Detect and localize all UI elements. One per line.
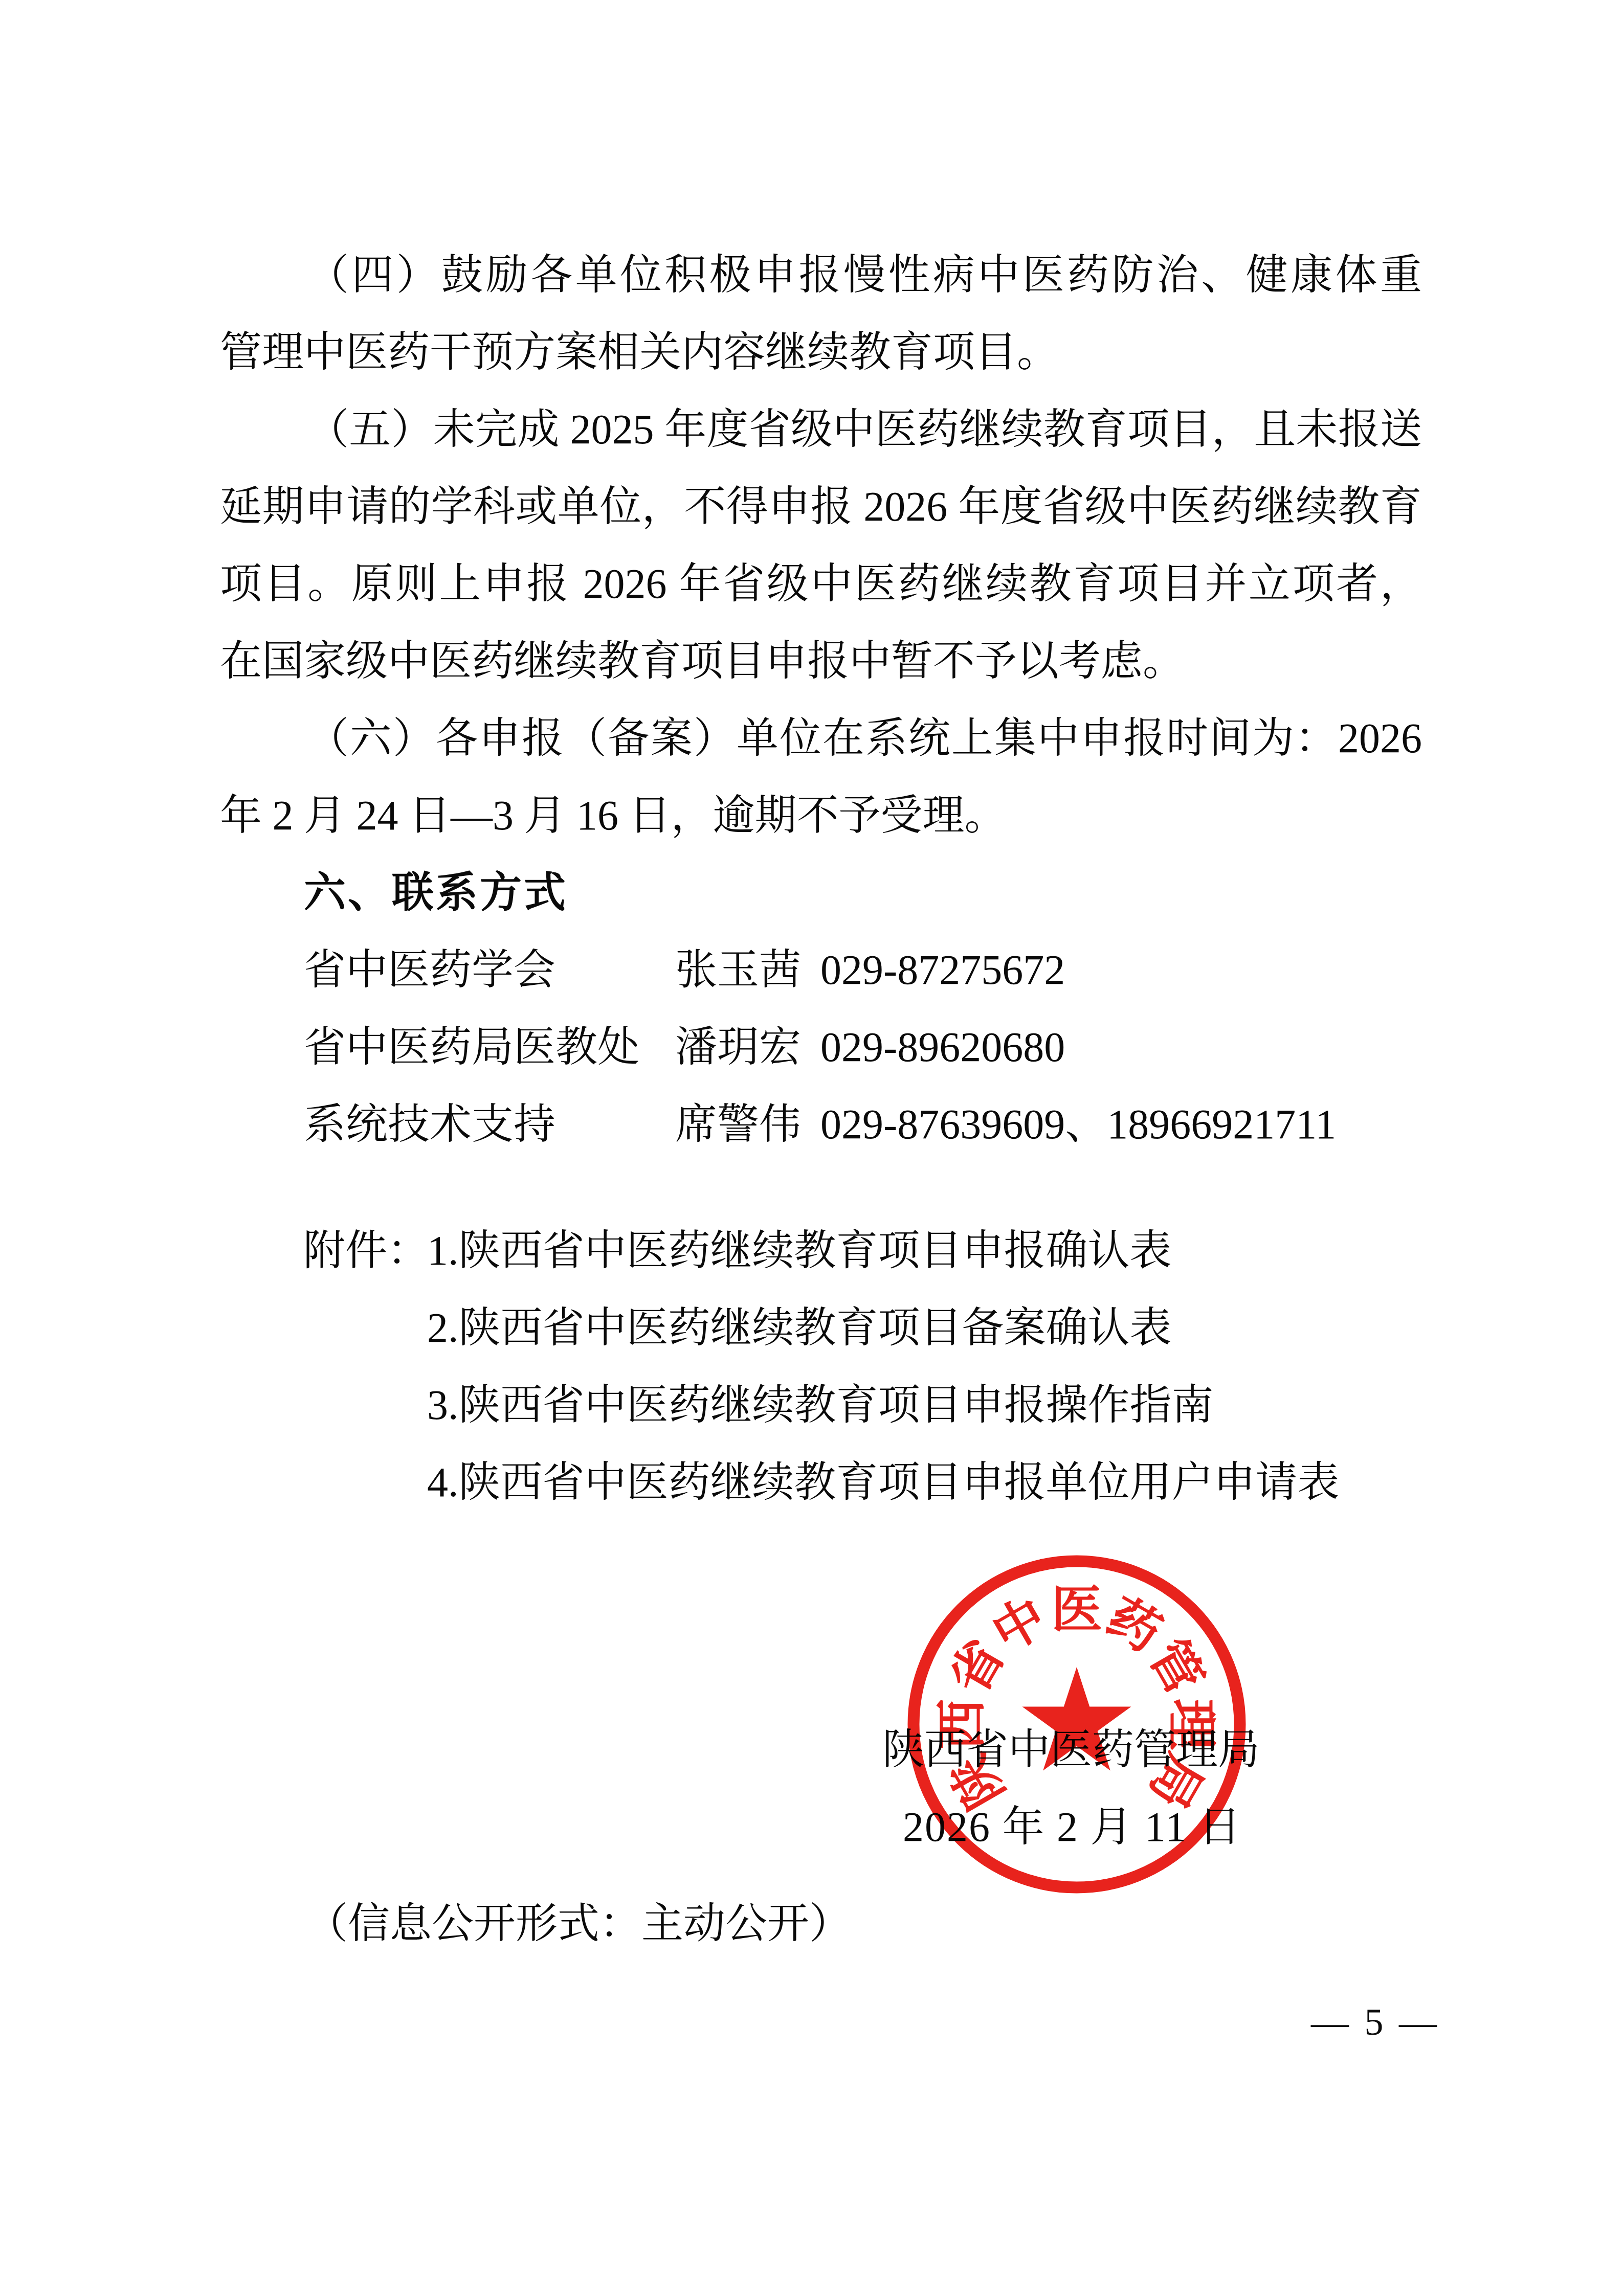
attachment-item: 3.陕西省中医药继续教育项目申报操作指南 <box>303 1366 1480 1444</box>
body-line: （六）各申报（备案）单位在系统上集中申报时间为：2026 <box>220 700 1422 777</box>
body-line: 延期申请的学科或单位，不得申报 2026 年度省级中医药继续教育 <box>220 468 1422 545</box>
page-number: — 5 — <box>1311 1984 1440 2061</box>
body-line: 管理中医药干预方案相关内容继续教育项目。 <box>220 313 1422 391</box>
attachment-item: 4.陕西省中医药继续教育项目申报单位用户申请表 <box>303 1444 1480 1521</box>
contact-row: 系统技术支持席警伟029-87639609、18966921711 <box>220 1086 1422 1163</box>
contact-org: 省中医药局医教处 <box>304 1008 675 1086</box>
attachment-item: 附件：1.陕西省中医药继续教育项目申报确认表 <box>303 1212 1480 1289</box>
seal-char: 省 <box>940 1631 1015 1703</box>
attachment-item: 2.陕西省中医药继续教育项目备案确认表 <box>303 1289 1480 1366</box>
issuer-name: 陕西省中医药管理局 <box>882 1711 1260 1788</box>
contact-name: 张玉茜 <box>675 931 820 1008</box>
body-line: （五）未完成 2025 年度省级中医药继续教育项目，且未报送 <box>220 391 1422 468</box>
contact-org: 省中医药学会 <box>304 931 675 1008</box>
seal-char: 中 <box>983 1588 1056 1662</box>
contact-row: 省中医药学会张玉茜029-87275672 <box>220 931 1422 1008</box>
seal-char: 药 <box>1098 1588 1170 1662</box>
contact-name: 潘玥宏 <box>675 1008 820 1086</box>
body-line: 项目。原则上申报 2026 年省级中医药继续教育项目并立项者， <box>220 545 1422 622</box>
attachment-item-text: 2.陕西省中医药继续教育项目备案确认表 <box>427 1304 1172 1351</box>
contact-row: 省中医药局医教处潘玥宏029-89620680 <box>220 1008 1422 1086</box>
issue-date: 2026 年 2 月 11 日 <box>882 1788 1260 1865</box>
contact-name: 席警伟 <box>675 1086 820 1163</box>
attachment-item-text: 4.陕西省中医药继续教育项目申报单位用户申请表 <box>427 1459 1340 1505</box>
attachment-item-text: 3.陕西省中医药继续教育项目申报操作指南 <box>427 1382 1214 1428</box>
body-line: 在国家级中医药继续教育项目申报中暂不予以考虑。 <box>220 622 1422 700</box>
body-line: 年 2 月 24 日—3 月 16 日，逾期不予受理。 <box>220 777 1422 854</box>
section-heading-contact: 六、联系方式 <box>220 854 1422 931</box>
body-line: （四）鼓励各单位积极申报慢性病中医药防治、健康体重 <box>220 236 1422 313</box>
seal-char: 医 <box>1051 1582 1102 1638</box>
contact-phone: 029-87275672 <box>820 931 1065 1008</box>
contact-org: 系统技术支持 <box>304 1086 675 1163</box>
attachments-list: 附件：1.陕西省中医药继续教育项目申报确认表 2.陕西省中医药继续教育项目备案确… <box>303 1212 1480 1521</box>
signature-block: 陕西省中医药管理局 2026 年 2 月 11 日 <box>882 1711 1260 1865</box>
document-page: （四）鼓励各单位积极申报慢性病中医药防治、健康体重 管理中医药干预方案相关内容继… <box>0 0 1624 2296</box>
contact-phone: 029-87639609、18966921711 <box>820 1086 1336 1163</box>
seal-char: 管 <box>1138 1631 1213 1703</box>
contact-phone: 029-89620680 <box>820 1008 1065 1086</box>
attachment-item-text: 1.陕西省中医药继续教育项目申报确认表 <box>427 1227 1172 1274</box>
body-text: （四）鼓励各单位积极申报慢性病中医药防治、健康体重 管理中医药干预方案相关内容继… <box>220 236 1422 1163</box>
info-disclosure-line: （信息公开形式：主动公开） <box>306 1885 851 1962</box>
attachments-label: 附件： <box>303 1212 427 1289</box>
